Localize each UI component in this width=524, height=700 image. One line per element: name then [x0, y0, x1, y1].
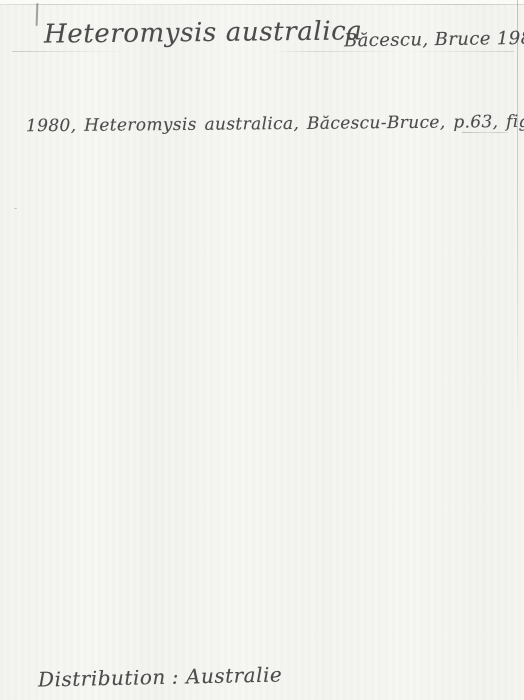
citation-line: 1980, Heteromysis australica, Băcescu-Br…	[26, 112, 524, 137]
stray-ink-stroke	[36, 3, 39, 26]
paper-speck	[14, 208, 17, 209]
right-edge-line	[517, 0, 518, 420]
index-card: Heteromysis australica Băcescu, Bruce 19…	[0, 0, 524, 700]
species-title: Heteromysis australica	[44, 16, 363, 49]
distribution-note: Distribution:Australie	[38, 662, 283, 691]
top-rule-line	[0, 4, 524, 5]
title-baseline-rule	[12, 51, 514, 52]
distribution-label: Distribution	[38, 665, 166, 692]
distribution-separator: :	[171, 665, 179, 689]
authority-text: Băcescu, Bruce 1980	[344, 28, 524, 52]
distribution-value: Australie	[186, 662, 283, 688]
